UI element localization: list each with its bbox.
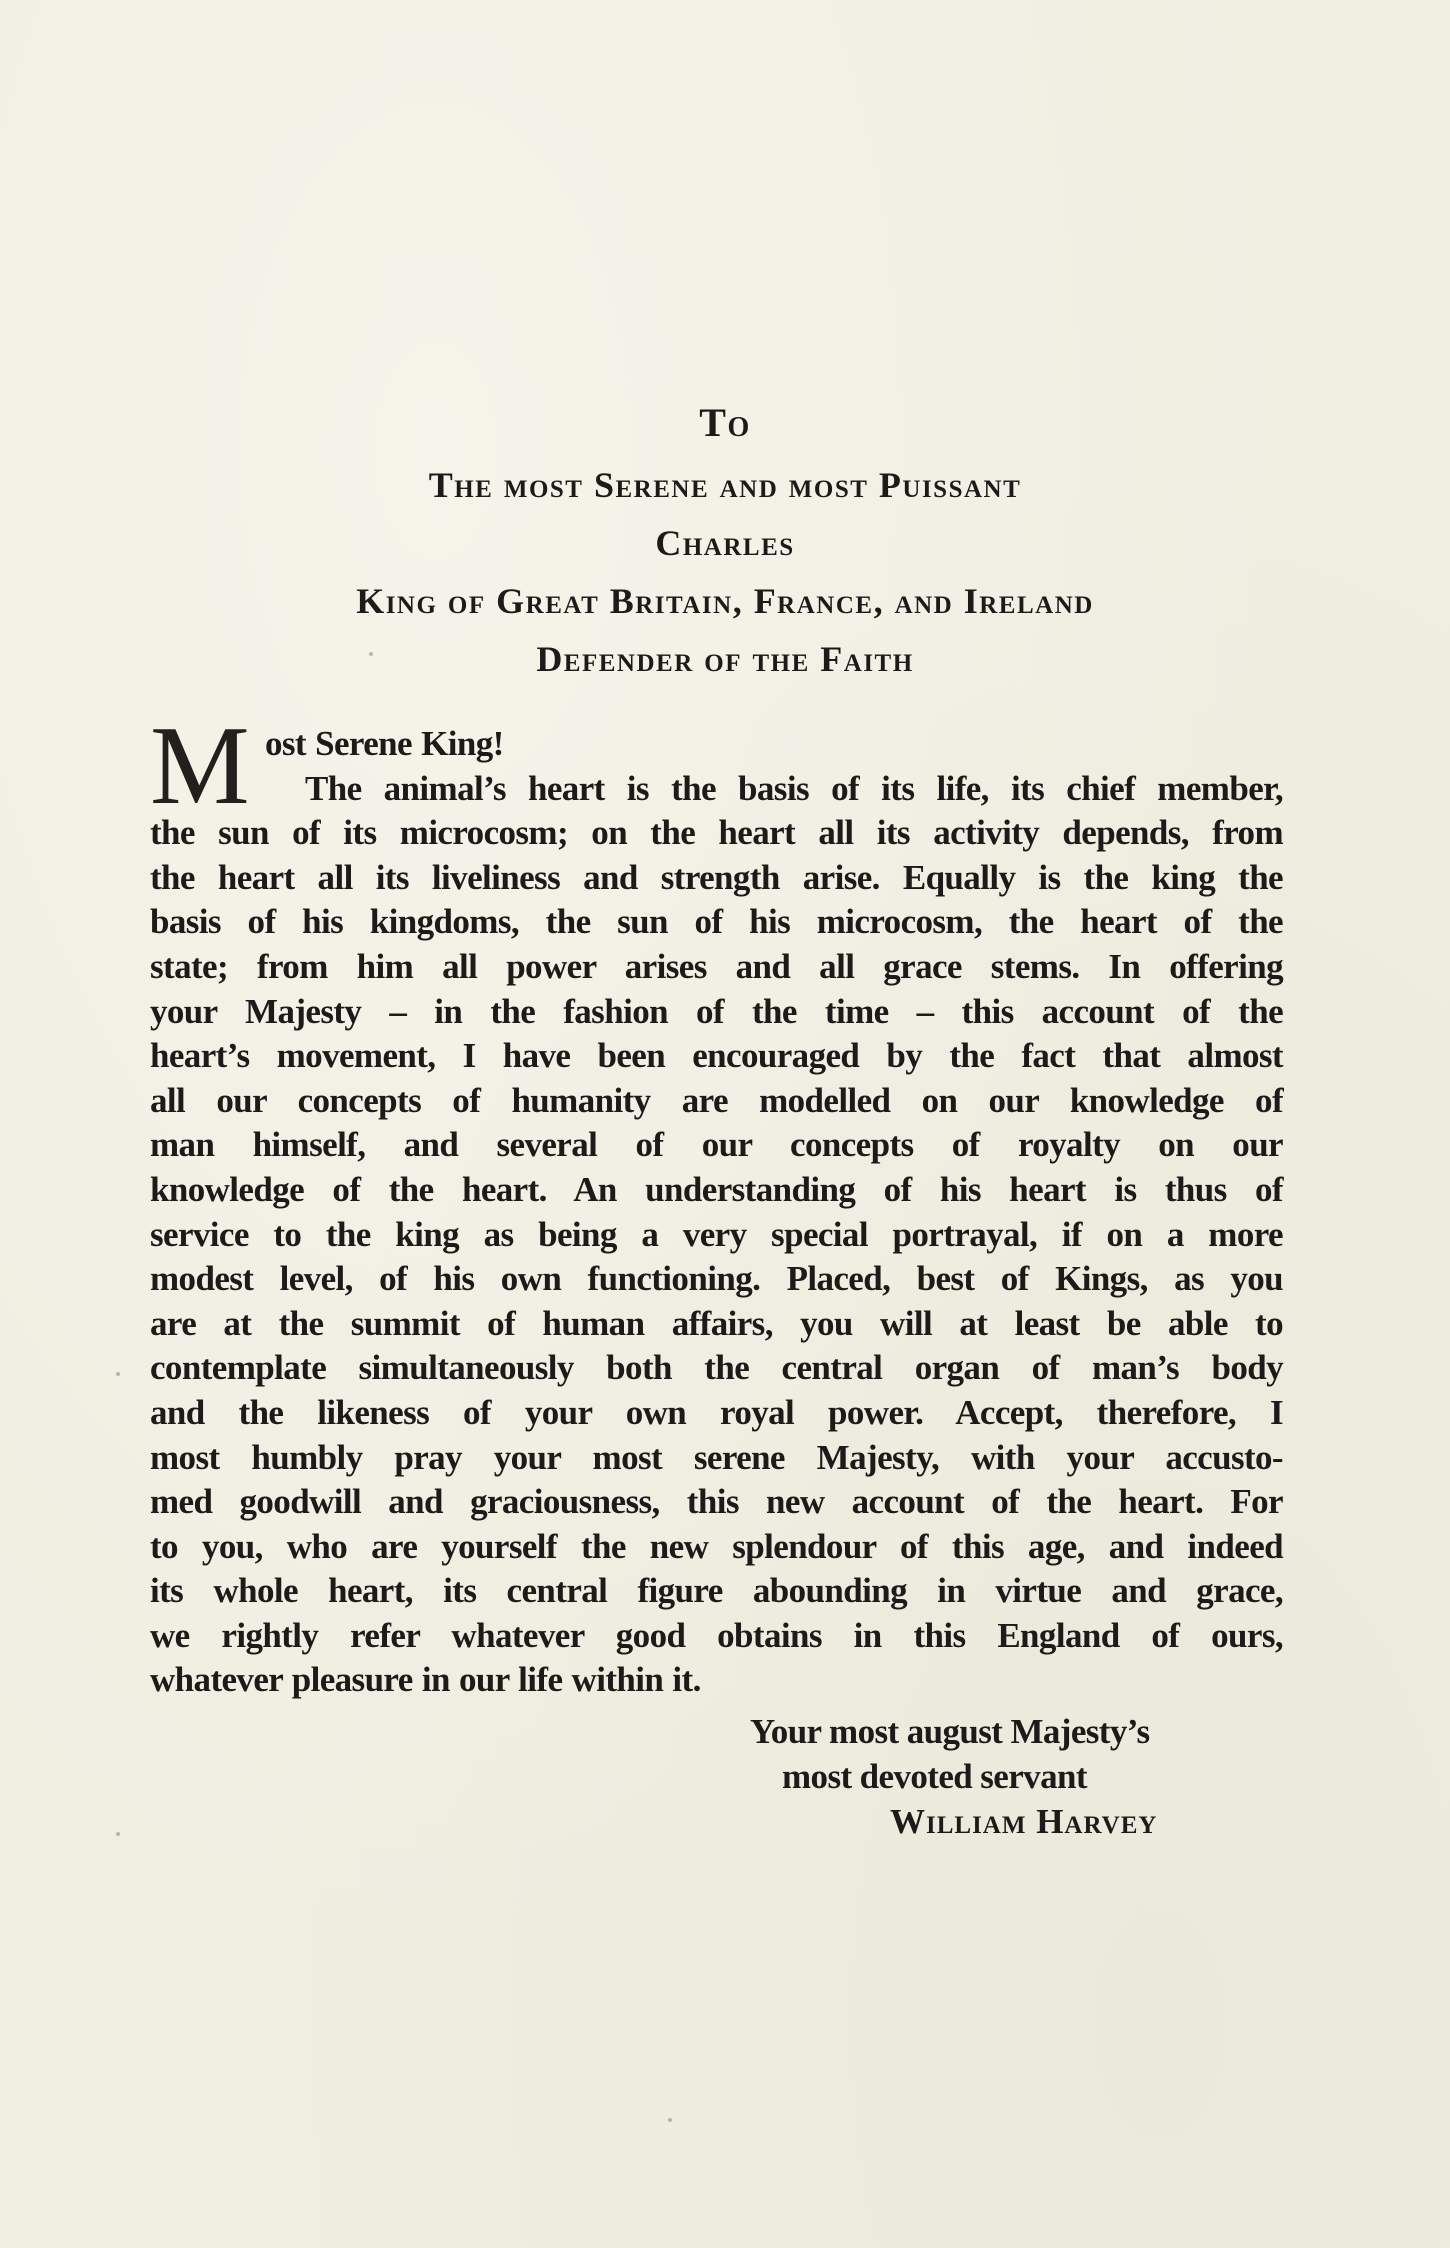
body-line: contemplate simultaneously both the cent… xyxy=(150,1346,1283,1391)
body-line: your Majesty – in the fashion of the tim… xyxy=(150,990,1283,1035)
body-line: basis of his kingdoms, the sun of his mi… xyxy=(150,900,1283,945)
body-line: we rightly refer whatever good obtains i… xyxy=(150,1614,1283,1659)
signature-role: most devoted servant xyxy=(782,1755,1087,1799)
drop-cap: M xyxy=(150,716,250,816)
body-line: The animal’s heart is the basis of its l… xyxy=(150,767,1283,812)
body-line-last: whatever pleasure in our life within it. xyxy=(150,1658,1283,1703)
body-line: most humbly pray your most serene Majest… xyxy=(150,1436,1283,1481)
heading-line-name: Charles xyxy=(0,514,1450,572)
body-line: to you, who are yourself the new splendo… xyxy=(150,1525,1283,1570)
body-line: med goodwill and graciousness, this new … xyxy=(150,1480,1283,1525)
paper-speck xyxy=(116,1832,120,1836)
letter-body: M ost Serene King! The animal’s heart is… xyxy=(150,722,1283,1703)
signature-name: William Harvey xyxy=(890,1800,1157,1844)
body-line: knowledge of the heart. An understanding… xyxy=(150,1168,1283,1213)
body-line: are at the summit of human affairs, you … xyxy=(150,1302,1283,1347)
body-line: man himself, and several of our concepts… xyxy=(150,1123,1283,1168)
paper-speck xyxy=(668,2118,672,2122)
body-line: its whole heart, its central figure abou… xyxy=(150,1569,1283,1614)
paper-speck xyxy=(116,1372,120,1376)
body-line: modest level, of his own functioning. Pl… xyxy=(150,1257,1283,1302)
heading-to: To xyxy=(0,398,1450,456)
heading-line-defender: Defender of the Faith xyxy=(0,630,1450,688)
book-page: To The most Serene and most Puissant Cha… xyxy=(0,0,1450,2248)
body-line: and the likeness of your own royal power… xyxy=(150,1391,1283,1436)
heading-line-titles: The most Serene and most Puissant xyxy=(0,456,1450,514)
signature-closing: Your most august Majesty’s xyxy=(750,1710,1150,1754)
dedication-heading: To The most Serene and most Puissant Cha… xyxy=(0,398,1450,688)
body-line: the sun of its microcosm; on the heart a… xyxy=(150,811,1283,856)
salutation: ost Serene King! xyxy=(150,722,1283,767)
body-line: the heart all its liveliness and strengt… xyxy=(150,856,1283,901)
body-line: heart’s movement, I have been encouraged… xyxy=(150,1034,1283,1079)
paper-speck xyxy=(369,652,373,656)
body-line: all our concepts of humanity are modelle… xyxy=(150,1079,1283,1124)
heading-line-realms: King of Great Britain, France, and Irela… xyxy=(0,572,1450,630)
body-line: state; from him all power arises and all… xyxy=(150,945,1283,990)
body-line: service to the king as being a very spec… xyxy=(150,1213,1283,1258)
